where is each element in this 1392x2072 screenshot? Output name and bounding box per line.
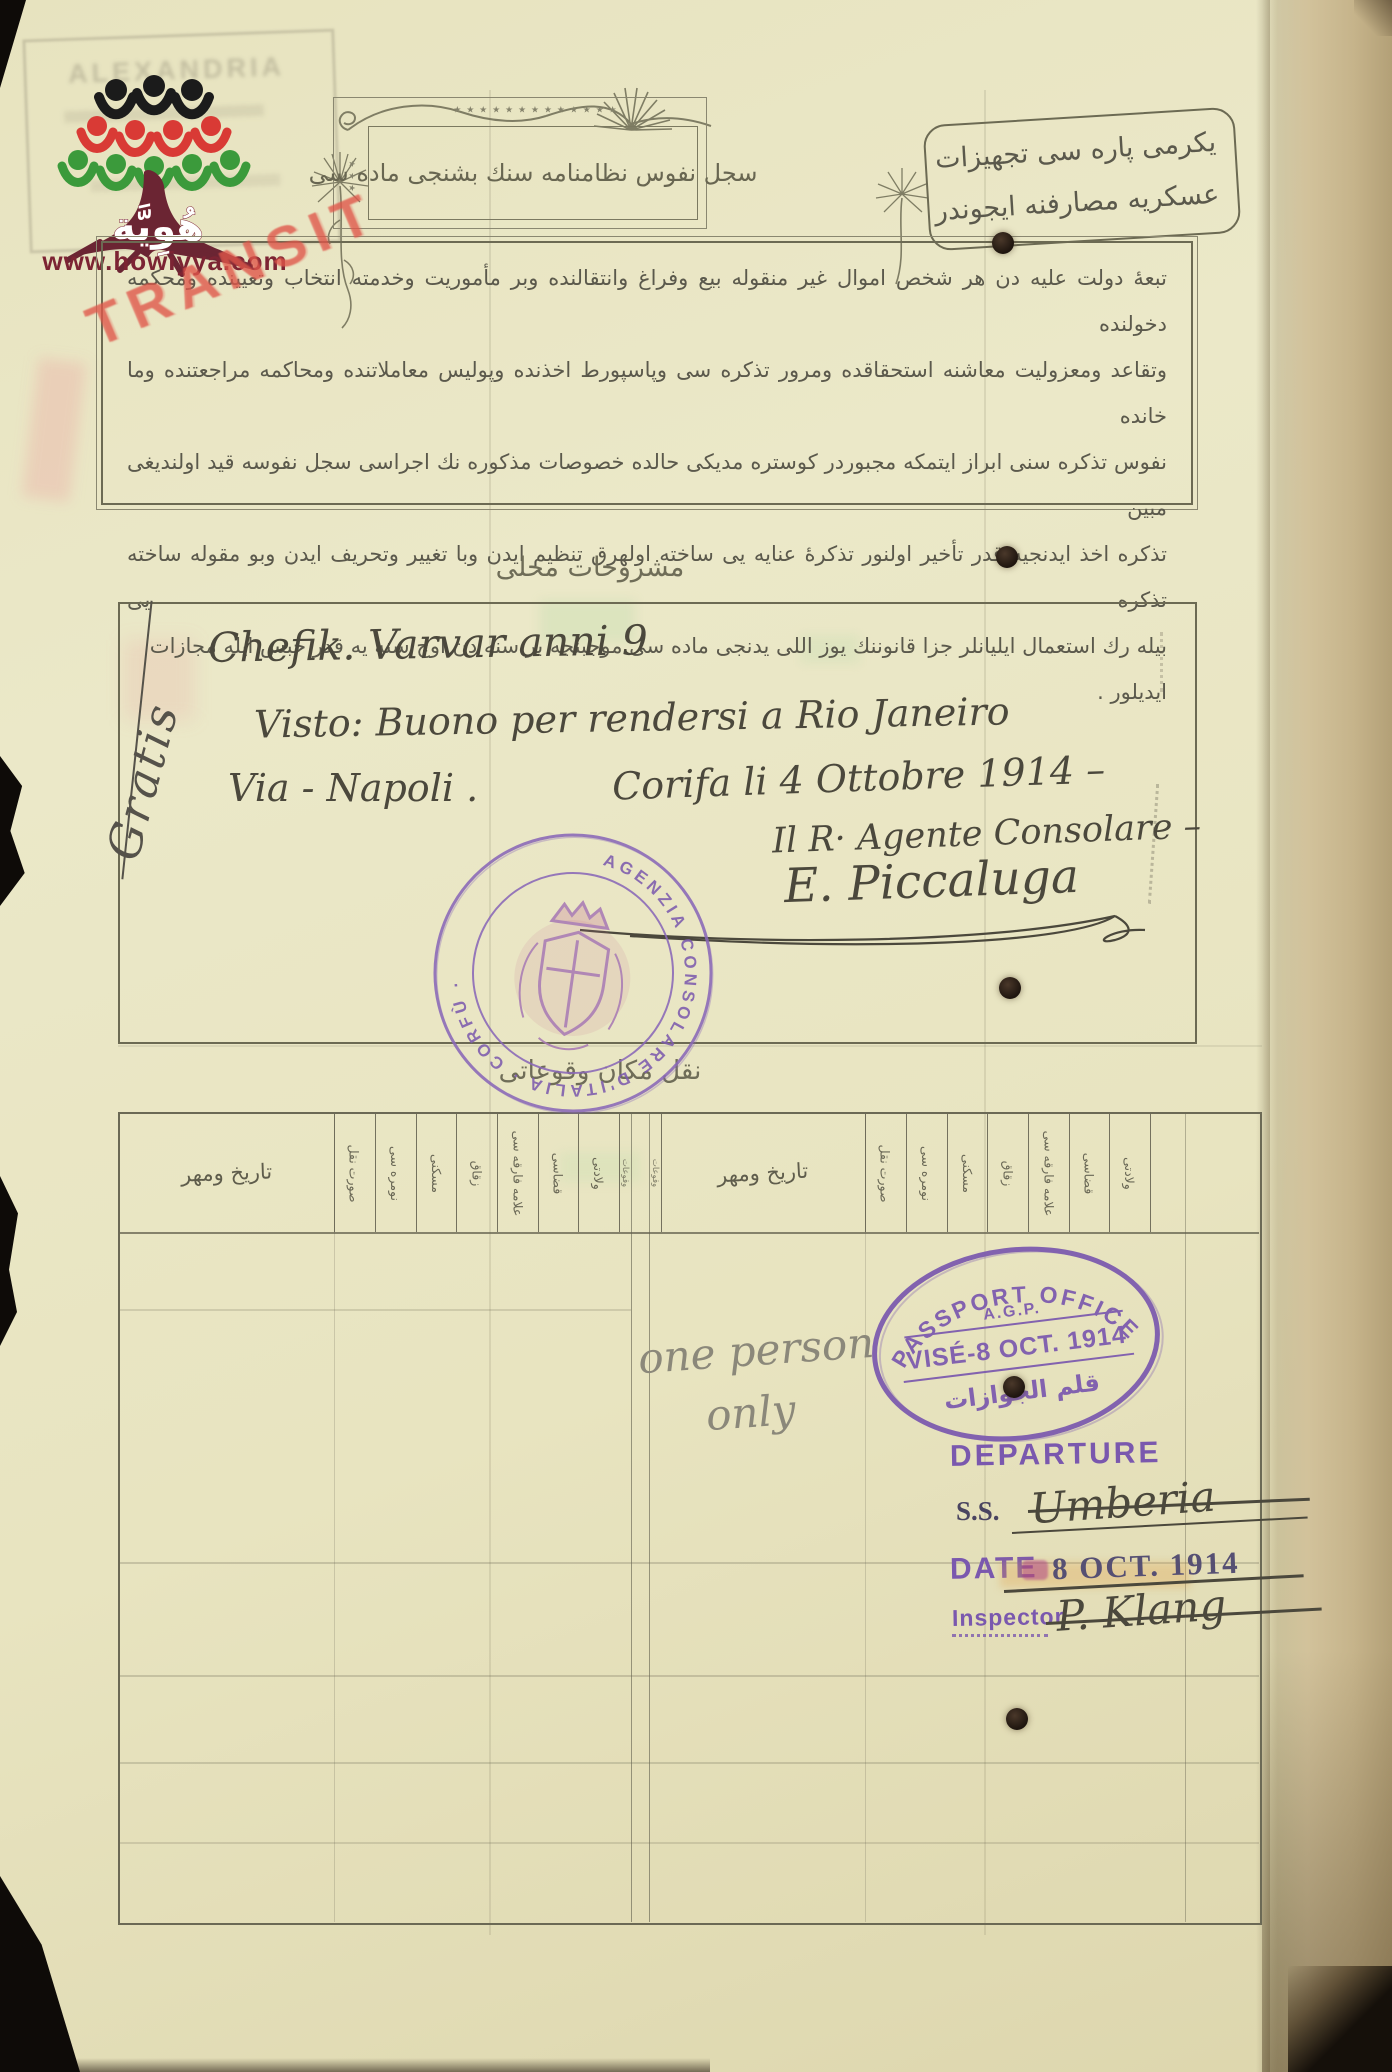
title-frame: ٭ ٭ ٭ ٭ ٭ ٭ ٭ ٭ ٭ ٭ ٭ ٭ ٭ ٭ ٭ ٭ سجل نفوس…: [333, 97, 707, 229]
visa-line: Visto: Buono per rendersi a Rio Janeiro: [254, 689, 1010, 746]
inspector-label: Inspector: [952, 1603, 1065, 1632]
punch-hole: [996, 546, 1018, 568]
table-header-col: قضاسى: [1069, 1114, 1109, 1232]
table-header-col: ولادتى: [578, 1114, 619, 1232]
military-note-box: يكرمى پاره سى تجهيزات عسكريه مصارفنه ايج…: [922, 107, 1241, 252]
pencil-note-line2: only: [704, 1385, 797, 1440]
holder-name-line: Chefik. Varvar anni 9: [208, 616, 649, 672]
table-header-edge-strip: وقوعات: [649, 1114, 661, 1232]
table-header-date-seal: تاريخ ومهر: [120, 1114, 334, 1232]
section-annotations-title: مشروحات محلى: [400, 552, 780, 583]
regulation-line: نفوس تذكره سنى ابراز ايتمكه مجبوردر كوست…: [127, 439, 1167, 531]
photo-tear-left-2: [0, 1176, 20, 1346]
pencil-margin-note: [1160, 632, 1166, 692]
passport-office-oval-stamp: PASSPORT OFFICE A.G.P. VISÉ-8 OCT. 1914 …: [855, 1226, 1177, 1461]
table-header-col: مسكنى: [416, 1114, 456, 1232]
ss-label: S.S.: [956, 1496, 1000, 1527]
bottom-edge-shadow: [70, 2058, 710, 2072]
table-header-col: زقاق: [456, 1114, 497, 1232]
table-header-col: علامه فارقه سى: [497, 1114, 538, 1232]
table-header-col: زقاق: [987, 1114, 1028, 1232]
table-header-col: ولادتى: [1109, 1114, 1150, 1232]
via-line: Via - Napoli .: [228, 766, 478, 810]
table-header-col: صورت نقل: [334, 1114, 375, 1232]
punch-hole: [1006, 1708, 1028, 1730]
passport-page-scan: ALEXANDRIA: [0, 0, 1392, 2072]
table-header-col: صورت نقل: [865, 1114, 906, 1232]
ornament-band-top: ٭ ٭ ٭ ٭ ٭ ٭ ٭ ٭ ٭ ٭ ٭ ٭ ٭: [368, 100, 702, 118]
inspector-underline: [952, 1634, 1048, 1637]
table-header-col: نومره سى: [906, 1114, 947, 1232]
table-header-col: نومره سى: [375, 1114, 416, 1232]
punch-hole: [1003, 1376, 1025, 1398]
punch-hole: [999, 977, 1021, 999]
ottoman-title: سجل نفوس نظامنامه سنك بشنجى ماده سى: [309, 159, 758, 187]
consular-round-stamp: AGENZIA CONSOLARE D'ITALIA · CORFÙ ·: [409, 809, 737, 1137]
margin-note-gratis: Gratis: [96, 696, 190, 865]
place-date-line: Corifa li 4 Ottobre 1914 –: [611, 747, 1105, 808]
table-header-col: مسكنى: [947, 1114, 987, 1232]
table-header-col: علامه فارقه سى: [1028, 1114, 1069, 1232]
photo-tear-left-1: [0, 756, 26, 906]
title-inner-box: سجل نفوس نظامنامه سنك بشنجى ماده سى: [368, 126, 698, 220]
regulation-line: وتقاعد ومعزوليت معاشنه استحقاقده ومرور ت…: [127, 347, 1167, 439]
date-ink-blob: [1022, 1560, 1048, 1580]
punch-hole: [992, 232, 1014, 254]
photo-corner-bottom-right: [1288, 1966, 1392, 2072]
pink-smudge: [22, 358, 87, 503]
photo-mark-top-right: [1354, 0, 1392, 36]
table-header-col: قضاسى: [538, 1114, 578, 1232]
table-header-edge-strip: وقوعات: [619, 1114, 631, 1232]
photo-corner-bottom-left: [0, 1876, 80, 2072]
